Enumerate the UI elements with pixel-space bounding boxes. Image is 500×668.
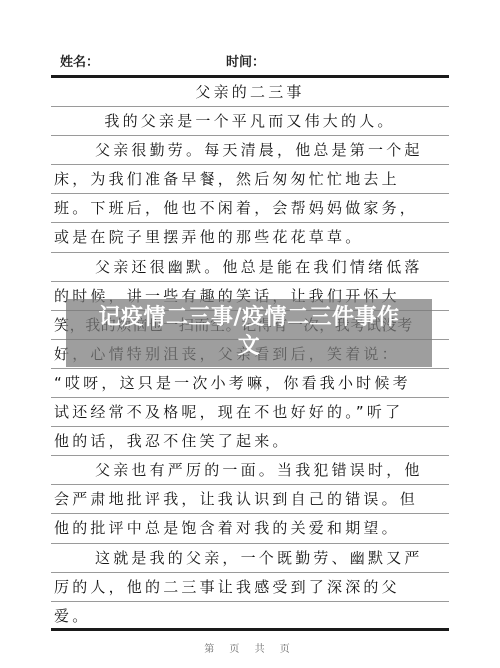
essay-line: 厉的人，他的二三事让我感受到了深深的父 [51, 573, 449, 602]
essay-title: 父亲的二三事 [51, 78, 449, 107]
essay-line: 或是在院子里摆弄他的那些花花草草。 [51, 223, 449, 252]
essay-line: 床，为我们准备早餐，然后匆匆忙忙地去上 [51, 165, 449, 194]
overlay-title: 记疫情二三事/疫情二三件事作 文 [66, 303, 432, 361]
essay-line: 会严肃地批评我，让我认识到自己的错误。但 [51, 485, 449, 514]
essay-line: 他的批评中总是饱含着对我的关爱和期望。 [51, 514, 449, 543]
essay-line: “哎呀，这只是一次小考嘛，你看我小时候考 [51, 369, 449, 398]
essay-line: 班。下班后，他也不闲着，会帮妈妈做家务， [51, 194, 449, 223]
title-overlay-banner: 记疫情二三事/疫情二三件事作 文 [66, 299, 432, 367]
time-label: 时间： [226, 51, 265, 70]
page-footer: 第 页 共 页 [0, 640, 500, 655]
essay-line: 他的话，我忍不住笑了起来。 [51, 427, 449, 456]
overlay-title-line-1: 记疫情二三事/疫情二三件事作 [66, 303, 432, 332]
essay-line: 这就是我的父亲，一个既勤劳、幽默又严 [51, 544, 449, 573]
essay-line: 试还经常不及格呢，现在不也好好的。”听了 [51, 398, 449, 427]
essay-line: 父亲很勤劳。每天清晨，他总是第一个起 [51, 136, 449, 165]
essay-line: 父亲也有严厉的一面。当我犯错误时，他 [51, 456, 449, 485]
overlay-title-line-2: 文 [66, 332, 432, 361]
name-label: 姓名： [60, 51, 99, 70]
essay-line: 父亲还很幽默。他总是能在我们情绪低落 [51, 253, 449, 282]
essay-line: 爱。 [51, 602, 449, 630]
bottom-divider [51, 628, 449, 631]
essay-line: 我的父亲是一个平凡而又伟大的人。 [51, 107, 449, 136]
worksheet-header: 姓名： 时间： [0, 51, 500, 73]
